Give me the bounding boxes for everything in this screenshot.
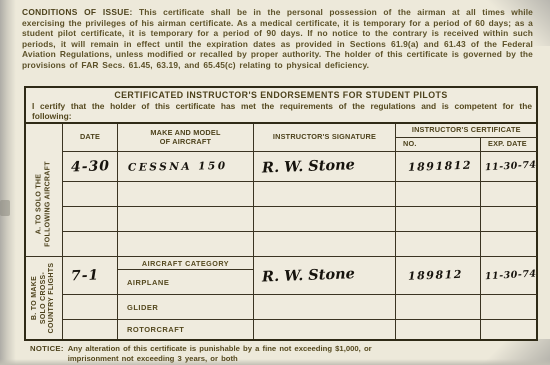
- aircraft-category-header: AIRCRAFT CATEGORY: [118, 257, 254, 270]
- column-header-make-model: MAKE AND MODEL OF AIRCRAFT: [118, 124, 254, 152]
- b-rotorcraft-exp-date-cell: [481, 320, 537, 339]
- handwritten-certificate-no: 189812: [396, 268, 463, 283]
- instructor-signature: R. W. Stone: [254, 156, 355, 177]
- column-header-no: NO.: [396, 138, 481, 152]
- section-b-label: B. TO MAKE SOLO CROSS- COUNTRY FLIGHTS: [31, 253, 57, 343]
- notice-text: Any alteration of this certificate is pu…: [68, 344, 372, 363]
- handwritten-exp-date: 11-30-74: [481, 269, 537, 283]
- a-row3-date-cell: [63, 207, 118, 232]
- notice-label: NOTICE:: [30, 344, 64, 363]
- a-row4-exp-date-cell: [481, 232, 537, 257]
- a-row3-exp-date-cell: [481, 207, 537, 232]
- handwritten-date: 7-1: [63, 267, 100, 284]
- column-header-exp-date: EXP. DATE: [481, 138, 537, 152]
- section-a-label-cell: A. TO SOLO THE FOLLOWING AIRCRAFT: [26, 152, 63, 257]
- notice-paragraph: NOTICE: Any alteration of this certifica…: [30, 344, 490, 363]
- a-row3-signature-cell: [254, 207, 396, 232]
- a-row4-date-cell: [63, 232, 118, 257]
- a-row3-make-model-cell: [118, 207, 254, 232]
- endorsements-box: CERTIFICATED INSTRUCTOR'S ENDORSEMENTS F…: [24, 86, 538, 341]
- b-rotorcraft-certificate-no-cell: [396, 320, 481, 339]
- a-row1-certificate-no-cell: 1891812: [396, 152, 481, 182]
- a-row1-make-model-cell: CESSNA 150: [118, 152, 254, 182]
- column-header-instructor-certificate: INSTRUCTOR'S CERTIFICATE: [396, 124, 537, 138]
- a-row2-date-cell: [63, 182, 118, 207]
- b-glider-signature-cell: [254, 295, 396, 320]
- handwritten-exp-date: 11-30-74: [481, 160, 537, 174]
- b-glider-certificate-no-cell: [396, 295, 481, 320]
- b-rotorcraft-date-cell: [63, 320, 118, 339]
- a-row2-make-model-cell: [118, 182, 254, 207]
- endorsements-title: CERTIFICATED INSTRUCTOR'S ENDORSEMENTS F…: [26, 90, 536, 100]
- certify-statement: I certify that the holder of this certif…: [32, 101, 532, 121]
- instructor-signature: R. W. Stone: [254, 265, 355, 286]
- a-row3-certificate-no-cell: [396, 207, 481, 232]
- a-row4-signature-cell: [254, 232, 396, 257]
- section-a-label: A. TO SOLO THE FOLLOWING AIRCRAFT: [35, 149, 52, 259]
- section-b-label-cell: B. TO MAKE SOLO CROSS- COUNTRY FLIGHTS: [26, 257, 63, 339]
- a-row2-exp-date-cell: [481, 182, 537, 207]
- a-row1-exp-date-cell: 11-30-74: [481, 152, 537, 182]
- conditions-of-issue-paragraph: CONDITIONS OF ISSUE: This certificate sh…: [22, 7, 533, 71]
- b-airplane-date-cell: 7-1: [63, 257, 118, 295]
- scan-edge-artifact: [0, 0, 16, 365]
- b-glider-exp-date-cell: [481, 295, 537, 320]
- handwritten-date: 4-30: [63, 158, 111, 176]
- a-row1-date-cell: 4-30: [63, 152, 118, 182]
- a-row4-certificate-no-cell: [396, 232, 481, 257]
- category-glider: GLIDER: [118, 295, 254, 320]
- b-airplane-exp-date-cell: 11-30-74: [481, 257, 537, 295]
- column-header-date: DATE: [63, 124, 118, 152]
- b-glider-date-cell: [63, 295, 118, 320]
- section-label-spacer: [26, 124, 63, 152]
- a-row2-certificate-no-cell: [396, 182, 481, 207]
- handwritten-make-model: CESSNA 150: [118, 160, 228, 174]
- scan-smudge: [0, 200, 10, 216]
- b-airplane-signature-cell: R. W. Stone: [254, 257, 396, 295]
- b-rotorcraft-signature-cell: [254, 320, 396, 339]
- scanned-certificate-page: CONDITIONS OF ISSUE: This certificate sh…: [0, 0, 550, 365]
- a-row1-signature-cell: R. W. Stone: [254, 152, 396, 182]
- endorsements-table: DATE MAKE AND MODEL OF AIRCRAFT INSTRUCT…: [26, 122, 536, 339]
- column-header-signature: INSTRUCTOR'S SIGNATURE: [254, 124, 396, 152]
- category-rotorcraft: ROTORCRAFT: [118, 320, 254, 339]
- a-row4-make-model-cell: [118, 232, 254, 257]
- a-row2-signature-cell: [254, 182, 396, 207]
- b-airplane-certificate-no-cell: 189812: [396, 257, 481, 295]
- category-airplane: AIRPLANE: [118, 270, 254, 295]
- handwritten-certificate-no: 1891812: [396, 159, 472, 175]
- conditions-label: CONDITIONS OF ISSUE:: [22, 7, 133, 17]
